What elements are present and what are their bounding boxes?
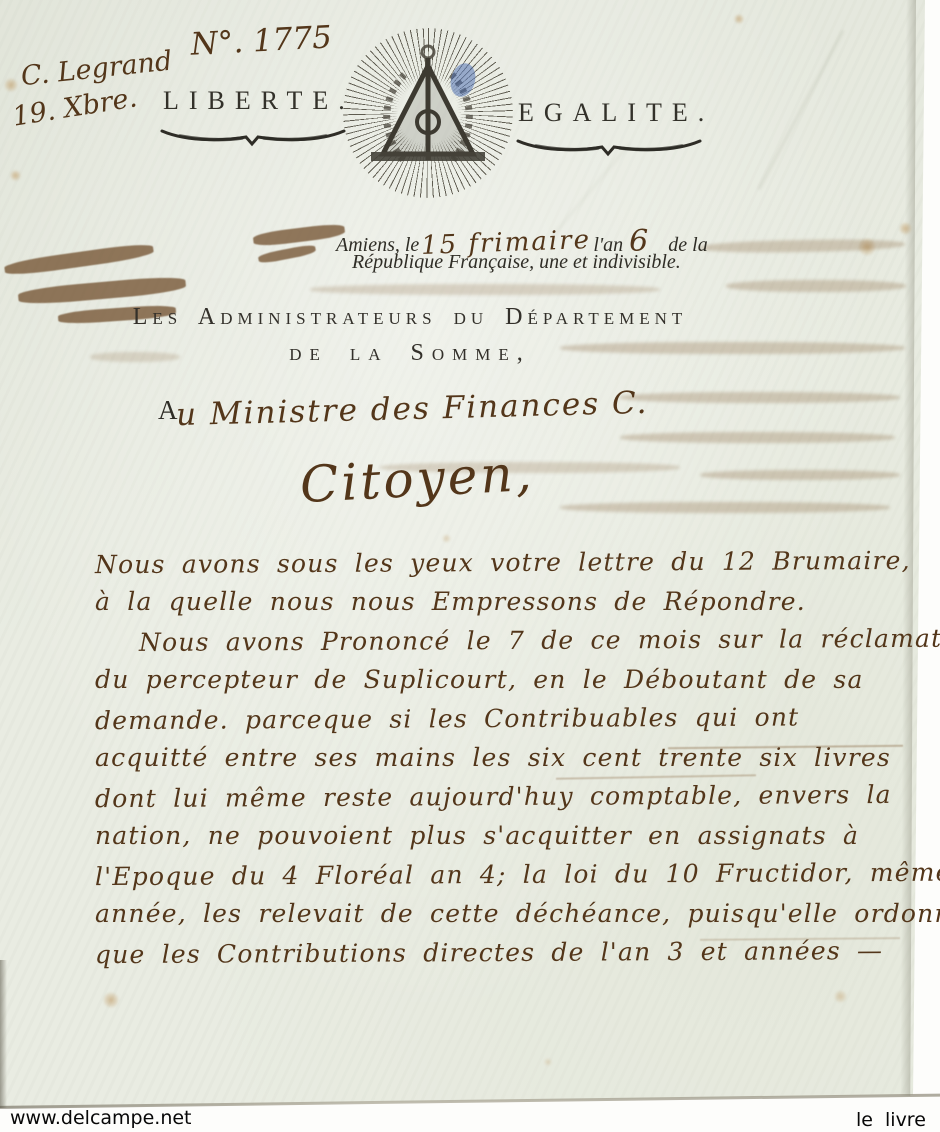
annotation-number: N°. 1775 — [190, 19, 333, 62]
masonic-level-icon — [343, 28, 513, 198]
foxing-spot — [734, 14, 744, 24]
sender-title-line2: de la Somme, — [110, 340, 710, 367]
sender-title-line1: Les Administrateurs du Département — [110, 304, 710, 331]
recipient-line: A u Ministre des Finances C. — [158, 391, 648, 427]
watermark-le-livre: le livre — [856, 1109, 926, 1131]
foxing-spot — [10, 170, 21, 181]
foxing-spot — [834, 990, 847, 1003]
manuscript-line: année, les relevait de cette déchéance, … — [95, 894, 915, 933]
scanned-letter-image: C. Legrand N°. 1775 19. Xbre. LIBERTE. E… — [0, 0, 940, 1132]
manuscript-body: Nous avons sous les yeux votre lettre du… — [95, 543, 915, 972]
foxing-spot — [4, 78, 18, 92]
ink-bleedthrough — [620, 432, 895, 443]
dateline-republique: République Française, une et indivisible… — [352, 251, 681, 274]
foxing-spot — [544, 1058, 552, 1066]
manuscript-line: l'Epoque du 4 Floréal an 4; la loi du 10… — [95, 853, 915, 896]
ink-bleedthrough — [310, 284, 660, 295]
manuscript-line: du percepteur de Suplicourt, en le Débou… — [95, 660, 915, 699]
manuscript-line: dont lui même reste aujourd'huy comptabl… — [95, 775, 915, 818]
manuscript-line: nation, ne pouvoient plus s'acquitter en… — [95, 816, 915, 855]
ink-bleedthrough — [620, 392, 900, 403]
flourish-rule-left — [158, 126, 348, 153]
radiant-level-emblem-icon — [343, 28, 513, 198]
foxing-spot — [442, 534, 451, 543]
watermark-delcampe: www.delcampe.net — [10, 1107, 192, 1129]
salutation: Citoyen, — [299, 444, 536, 514]
manuscript-line: Nous avons sous les yeux votre lettre du… — [95, 541, 915, 584]
ink-bleedthrough — [726, 280, 906, 292]
masthead-egalite: EGALITE. — [518, 98, 714, 128]
foxing-spot — [899, 222, 912, 235]
flourish-rule-right — [514, 136, 704, 163]
manuscript-line: à la quelle nous nous Empressons de Répo… — [95, 582, 915, 621]
ink-bleedthrough — [560, 502, 890, 513]
manuscript-line: demande. parceque si les Contribuables q… — [95, 697, 915, 740]
masthead-liberte: LIBERTE. — [163, 86, 355, 116]
manuscript-line: que les Contributions directes de l'an 3… — [95, 931, 915, 974]
foxing-spot — [103, 992, 119, 1008]
paper-left-edge — [0, 960, 7, 1108]
recipient-printed-initial: A — [158, 395, 178, 426]
ink-bleedthrough — [700, 470, 900, 480]
manuscript-line: Nous avons Prononcé le 7 de ce mois sur … — [95, 619, 915, 662]
recipient-handwritten: u Ministre des Finances C. — [175, 385, 648, 433]
manuscript-line: acquitté entre ses mains les six cent tr… — [95, 738, 915, 777]
